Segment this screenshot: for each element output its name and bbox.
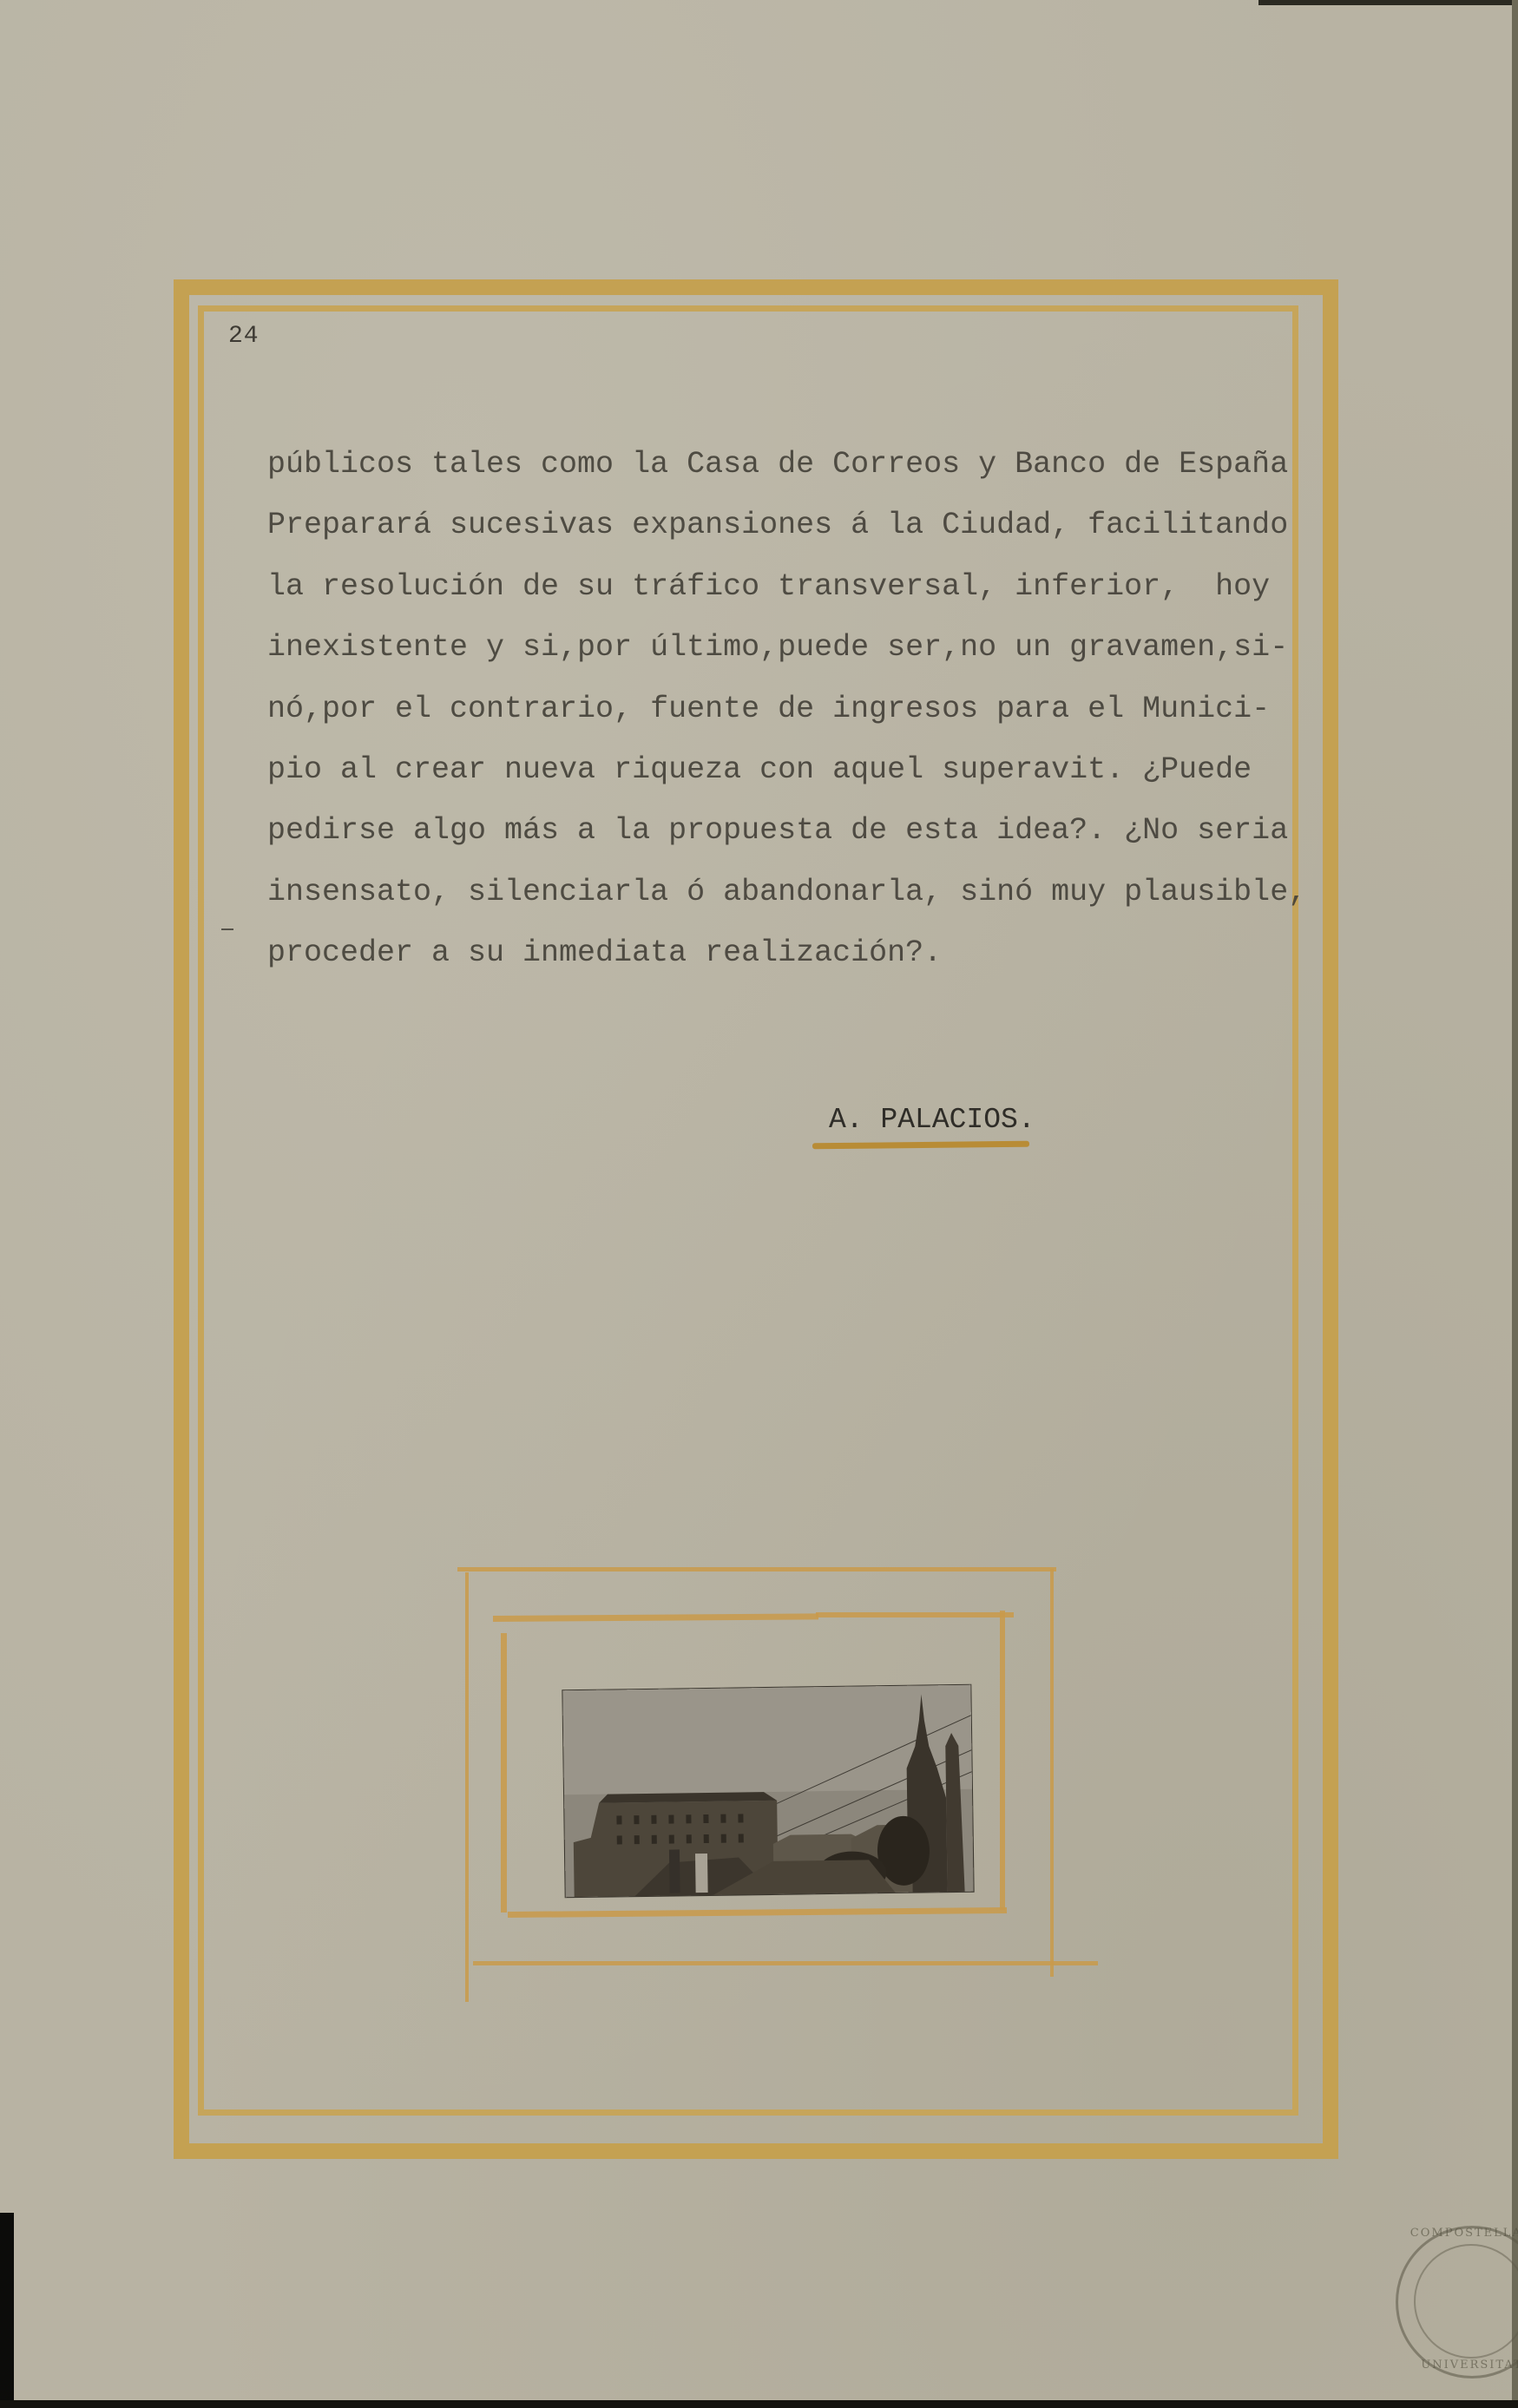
- page-number: 24: [228, 323, 260, 350]
- pencil-frame-outer-bottom: [473, 1961, 1098, 1965]
- pencil-frame-outer-right: [1050, 1569, 1054, 1977]
- body-line: inexistente y si,por último,puede ser,no…: [267, 617, 1309, 678]
- pencil-frame-inner-right: [1000, 1611, 1005, 1910]
- pencil-frame-inner-top-2: [816, 1612, 1014, 1617]
- seal-text-bottom: UNIVERSITAT: [1390, 2359, 1518, 2372]
- photograph: [562, 1685, 973, 1898]
- pencil-frame-outer-left: [465, 1572, 469, 2002]
- signature: A. PALACIOS.: [829, 1104, 1035, 1136]
- pencil-frame-outer-top: [457, 1567, 1056, 1571]
- pencil-frame-inner-left: [501, 1633, 507, 1913]
- scan-edge-right: [1512, 0, 1518, 2408]
- body-line: nó,por el contrario, fuente de ingresos …: [267, 679, 1309, 739]
- typewritten-body: públicos tales como la Casa de Correos y…: [267, 434, 1309, 984]
- scan-edge-top: [1258, 0, 1518, 5]
- body-line: Preparará sucesivas expansiones á la Ciu…: [267, 495, 1309, 555]
- body-line: la resolución de su tráfico transversal,…: [267, 556, 1309, 617]
- scan-edge-bottom: [0, 2400, 1518, 2408]
- body-line: públicos tales como la Casa de Correos y…: [267, 434, 1309, 495]
- photo-cityscape: [562, 1685, 973, 1898]
- body-line: pedirse algo más a la propuesta de esta …: [267, 800, 1309, 861]
- body-line: pio al crear nueva riqueza con aquel sup…: [267, 739, 1309, 800]
- seal-text-top: COMPOSTELLAN: [1390, 2227, 1518, 2240]
- scan-edge-left: [0, 2213, 14, 2408]
- seal-inner-ring: [1414, 2244, 1518, 2359]
- margin-mark: [221, 928, 233, 930]
- body-line: proceder a su inmediata realización?.: [267, 922, 1309, 983]
- body-line: insensato, silenciarla ó abandonarla, si…: [267, 862, 1309, 922]
